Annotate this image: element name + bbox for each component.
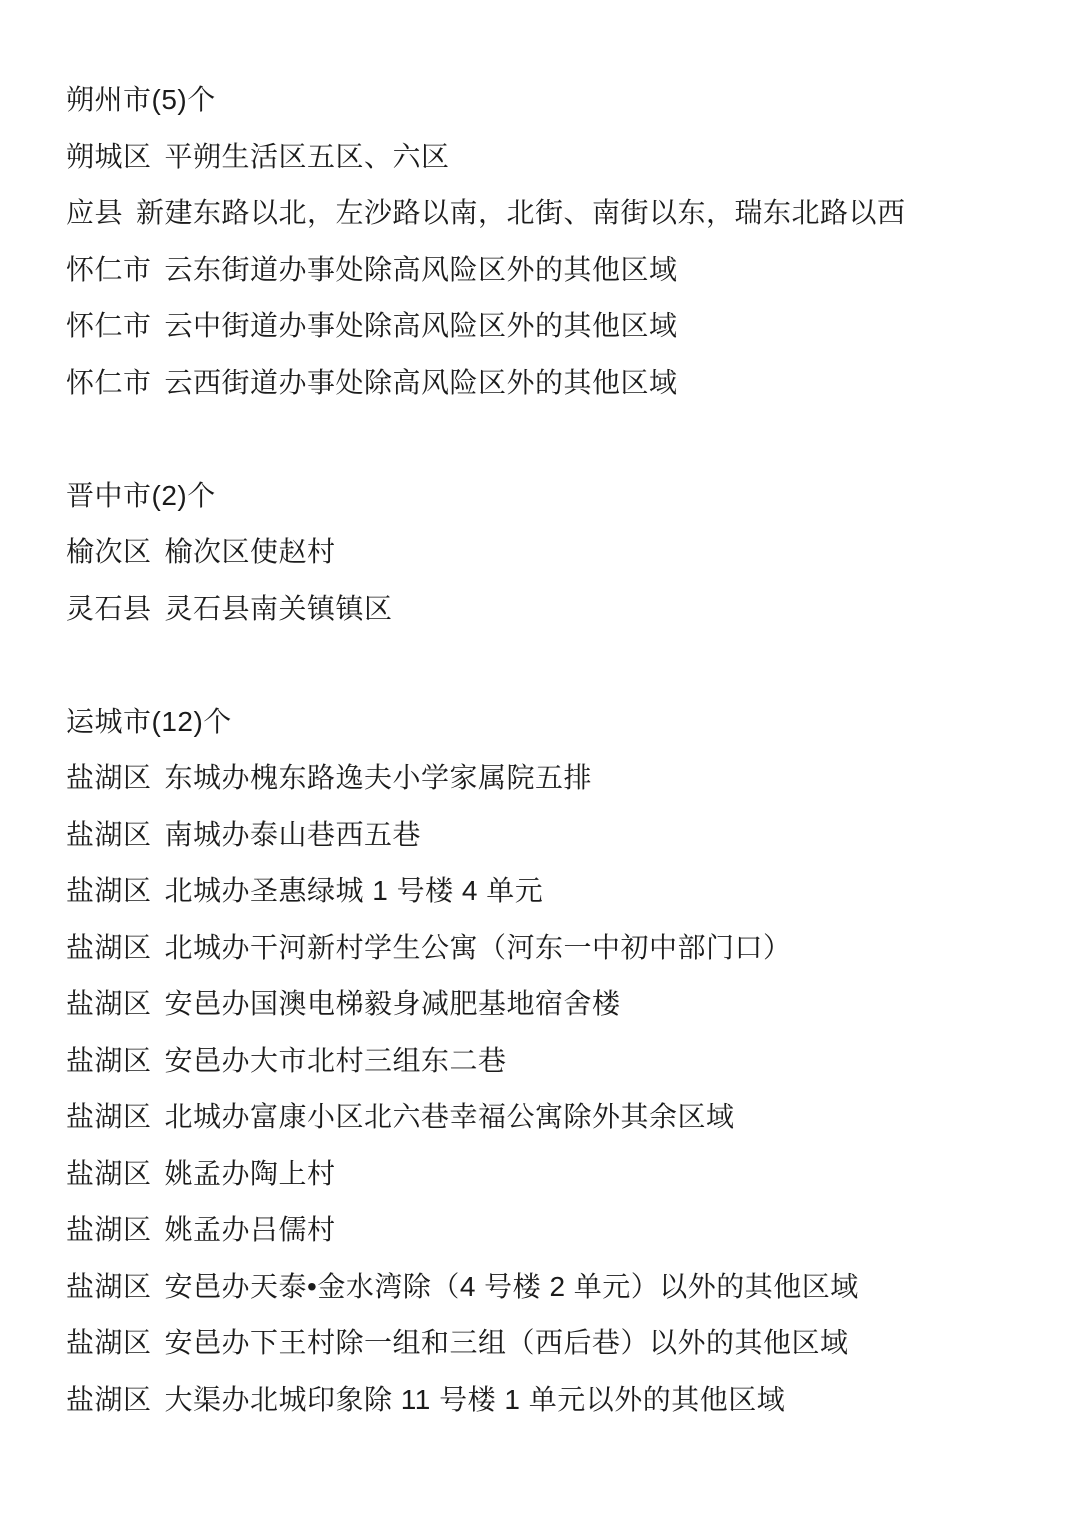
district-name: 灵石县 bbox=[66, 587, 152, 627]
area-row: 盐湖区 北城办富康小区北六巷幸福公寓除外其余区域 bbox=[66, 1087, 1040, 1144]
district-name: 盐湖区 bbox=[66, 982, 152, 1022]
district-name: 盐湖区 bbox=[66, 1321, 152, 1361]
district-name: 盐湖区 bbox=[66, 1152, 152, 1192]
area-description: 安邑办国澳电梯毅身减肥基地宿舍楼 bbox=[165, 982, 621, 1022]
area-description: 东城办槐东路逸夫小学家属院五排 bbox=[165, 756, 593, 796]
area-description: 大渠办北城印象除 11 号楼 1 单元以外的其他区域 bbox=[165, 1378, 786, 1418]
area-description: 云东街道办事处除高风险区外的其他区域 bbox=[165, 248, 678, 288]
district-name: 盐湖区 bbox=[66, 756, 152, 796]
district-name: 盐湖区 bbox=[66, 1039, 152, 1079]
area-row: 盐湖区 东城办槐东路逸夫小学家属院五排 bbox=[66, 748, 1040, 805]
district-name: 怀仁市 bbox=[66, 248, 152, 288]
district-name: 怀仁市 bbox=[66, 361, 152, 401]
area-description: 平朔生活区五区、六区 bbox=[165, 135, 450, 175]
area-row: 怀仁市 云西街道办事处除高风险区外的其他区域 bbox=[66, 353, 1040, 410]
district-name: 盐湖区 bbox=[66, 813, 152, 853]
city-section: 运城市(12)个 盐湖区 东城办槐东路逸夫小学家属院五排 盐湖区 南城办泰山巷西… bbox=[66, 692, 1040, 1427]
area-description: 姚孟办陶上村 bbox=[165, 1152, 336, 1192]
city-header: 晋中市(2)个 bbox=[66, 466, 1040, 523]
area-description: 姚孟办吕儒村 bbox=[165, 1208, 336, 1248]
area-row: 盐湖区 大渠办北城印象除 11 号楼 1 单元以外的其他区域 bbox=[66, 1370, 1040, 1427]
area-row: 朔城区 平朔生活区五区、六区 bbox=[66, 127, 1040, 184]
area-row: 盐湖区 北城办圣惠绿城 1 号楼 4 单元 bbox=[66, 861, 1040, 918]
district-name: 盐湖区 bbox=[66, 1095, 152, 1135]
district-name: 榆次区 bbox=[66, 530, 152, 570]
area-row: 盐湖区 姚孟办吕儒村 bbox=[66, 1200, 1040, 1257]
area-description: 新建东路以北，左沙路以南，北街、南街以东，瑞东北路以西 bbox=[136, 191, 906, 231]
district-name: 盐湖区 bbox=[66, 1208, 152, 1248]
area-row: 灵石县 灵石县南关镇镇区 bbox=[66, 579, 1040, 636]
area-row: 盐湖区 安邑办下王村除一组和三组（西后巷）以外的其他区域 bbox=[66, 1313, 1040, 1370]
area-description: 安邑办下王村除一组和三组（西后巷）以外的其他区域 bbox=[165, 1321, 849, 1361]
area-row: 怀仁市 云东街道办事处除高风险区外的其他区域 bbox=[66, 240, 1040, 297]
area-description: 北城办干河新村学生公寓（河东一中初中部门口） bbox=[165, 926, 792, 966]
area-row: 盐湖区 北城办干河新村学生公寓（河东一中初中部门口） bbox=[66, 918, 1040, 975]
area-description: 云西街道办事处除高风险区外的其他区域 bbox=[165, 361, 678, 401]
area-description: 安邑办大市北村三组东二巷 bbox=[165, 1039, 507, 1079]
district-name: 盐湖区 bbox=[66, 926, 152, 966]
area-description: 北城办圣惠绿城 1 号楼 4 单元 bbox=[165, 869, 544, 909]
area-row: 盐湖区 安邑办天泰•金水湾除（4 号楼 2 单元）以外的其他区域 bbox=[66, 1257, 1040, 1314]
document-page: 朔州市(5)个 朔城区 平朔生活区五区、六区 应县 新建东路以北，左沙路以南，北… bbox=[0, 0, 1080, 1528]
district-name: 应县 bbox=[66, 191, 123, 231]
area-row: 怀仁市 云中街道办事处除高风险区外的其他区域 bbox=[66, 296, 1040, 353]
area-row: 榆次区 榆次区使赵村 bbox=[66, 522, 1040, 579]
district-name: 朔城区 bbox=[66, 135, 152, 175]
city-header: 运城市(12)个 bbox=[66, 692, 1040, 749]
area-description: 安邑办天泰•金水湾除（4 号楼 2 单元）以外的其他区域 bbox=[165, 1265, 859, 1305]
area-row: 盐湖区 姚孟办陶上村 bbox=[66, 1144, 1040, 1201]
city-header: 朔州市(5)个 bbox=[66, 70, 1040, 127]
district-name: 盐湖区 bbox=[66, 1378, 152, 1418]
area-row: 盐湖区 安邑办大市北村三组东二巷 bbox=[66, 1031, 1040, 1088]
area-row: 盐湖区 安邑办国澳电梯毅身减肥基地宿舍楼 bbox=[66, 974, 1040, 1031]
area-description: 南城办泰山巷西五巷 bbox=[165, 813, 422, 853]
city-section: 朔州市(5)个 朔城区 平朔生活区五区、六区 应县 新建东路以北，左沙路以南，北… bbox=[66, 70, 1040, 409]
area-description: 灵石县南关镇镇区 bbox=[165, 587, 393, 627]
area-description: 云中街道办事处除高风险区外的其他区域 bbox=[165, 304, 678, 344]
area-description: 榆次区使赵村 bbox=[165, 530, 336, 570]
district-name: 盐湖区 bbox=[66, 869, 152, 909]
district-name: 盐湖区 bbox=[66, 1265, 152, 1305]
city-section: 晋中市(2)个 榆次区 榆次区使赵村 灵石县 灵石县南关镇镇区 bbox=[66, 466, 1040, 636]
area-row: 盐湖区 南城办泰山巷西五巷 bbox=[66, 805, 1040, 862]
area-row: 应县 新建东路以北，左沙路以南，北街、南街以东，瑞东北路以西 bbox=[66, 183, 1040, 240]
district-name: 怀仁市 bbox=[66, 304, 152, 344]
area-description: 北城办富康小区北六巷幸福公寓除外其余区域 bbox=[165, 1095, 735, 1135]
